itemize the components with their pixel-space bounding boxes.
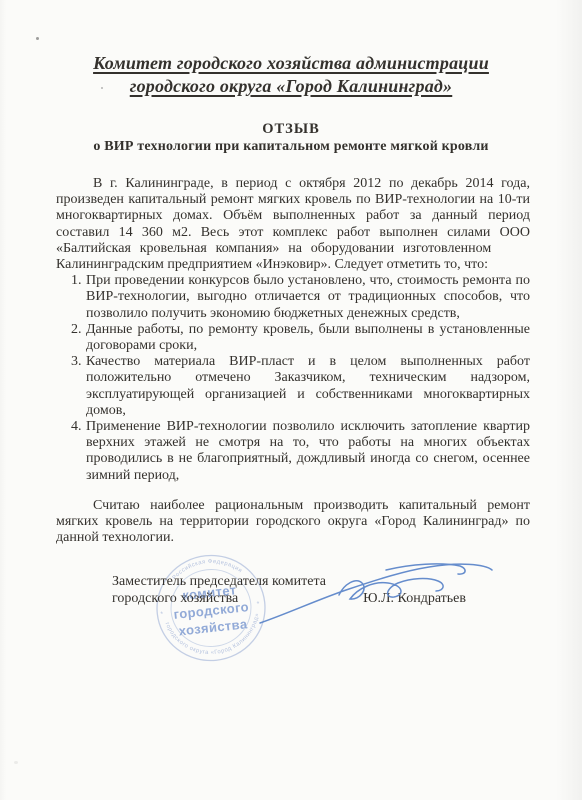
stamp-star-icon: *: [160, 611, 164, 618]
scan-speck: [14, 761, 18, 764]
scan-edge-shadow-right: [556, 0, 582, 800]
document-subtitle: о ВИР технологии при капитальном ремонте…: [0, 138, 582, 155]
scan-speck: [101, 87, 103, 89]
handwritten-signature: [249, 557, 509, 642]
signature-block: Российская Федерация городского округа «…: [112, 573, 478, 607]
letterhead-line1: Комитет городского хозяйства администрац…: [93, 53, 489, 73]
scan-speck: [36, 37, 39, 40]
letterhead-line2: городского округа «Город Калининград»: [130, 76, 453, 96]
scan-edge-shadow-left: [0, 0, 6, 800]
list-item-1: При проведении конкурсов было установлен…: [85, 273, 530, 322]
scanned-letter-page: Комитет городского хозяйства администрац…: [0, 0, 582, 800]
document-title: ОТЗЫВ: [0, 121, 582, 137]
list-item-2: Данные работы, по ремонту кровель, были …: [85, 322, 530, 354]
letterhead: Комитет городского хозяйства администрац…: [44, 52, 538, 98]
numbered-list: При проведении конкурсов было установлен…: [56, 273, 530, 484]
conclusion-paragraph: Считаю наиболее рациональным производить…: [56, 498, 530, 547]
document-body: В г. Калининграде, в период с октября 20…: [56, 176, 530, 607]
list-item-3: Качество материала ВИР-пласт и в целом в…: [85, 354, 530, 419]
intro-paragraph: В г. Калининграде, в период с октября 20…: [56, 176, 530, 273]
list-item-4: Применение ВИР-технологии позволило искл…: [85, 419, 530, 484]
